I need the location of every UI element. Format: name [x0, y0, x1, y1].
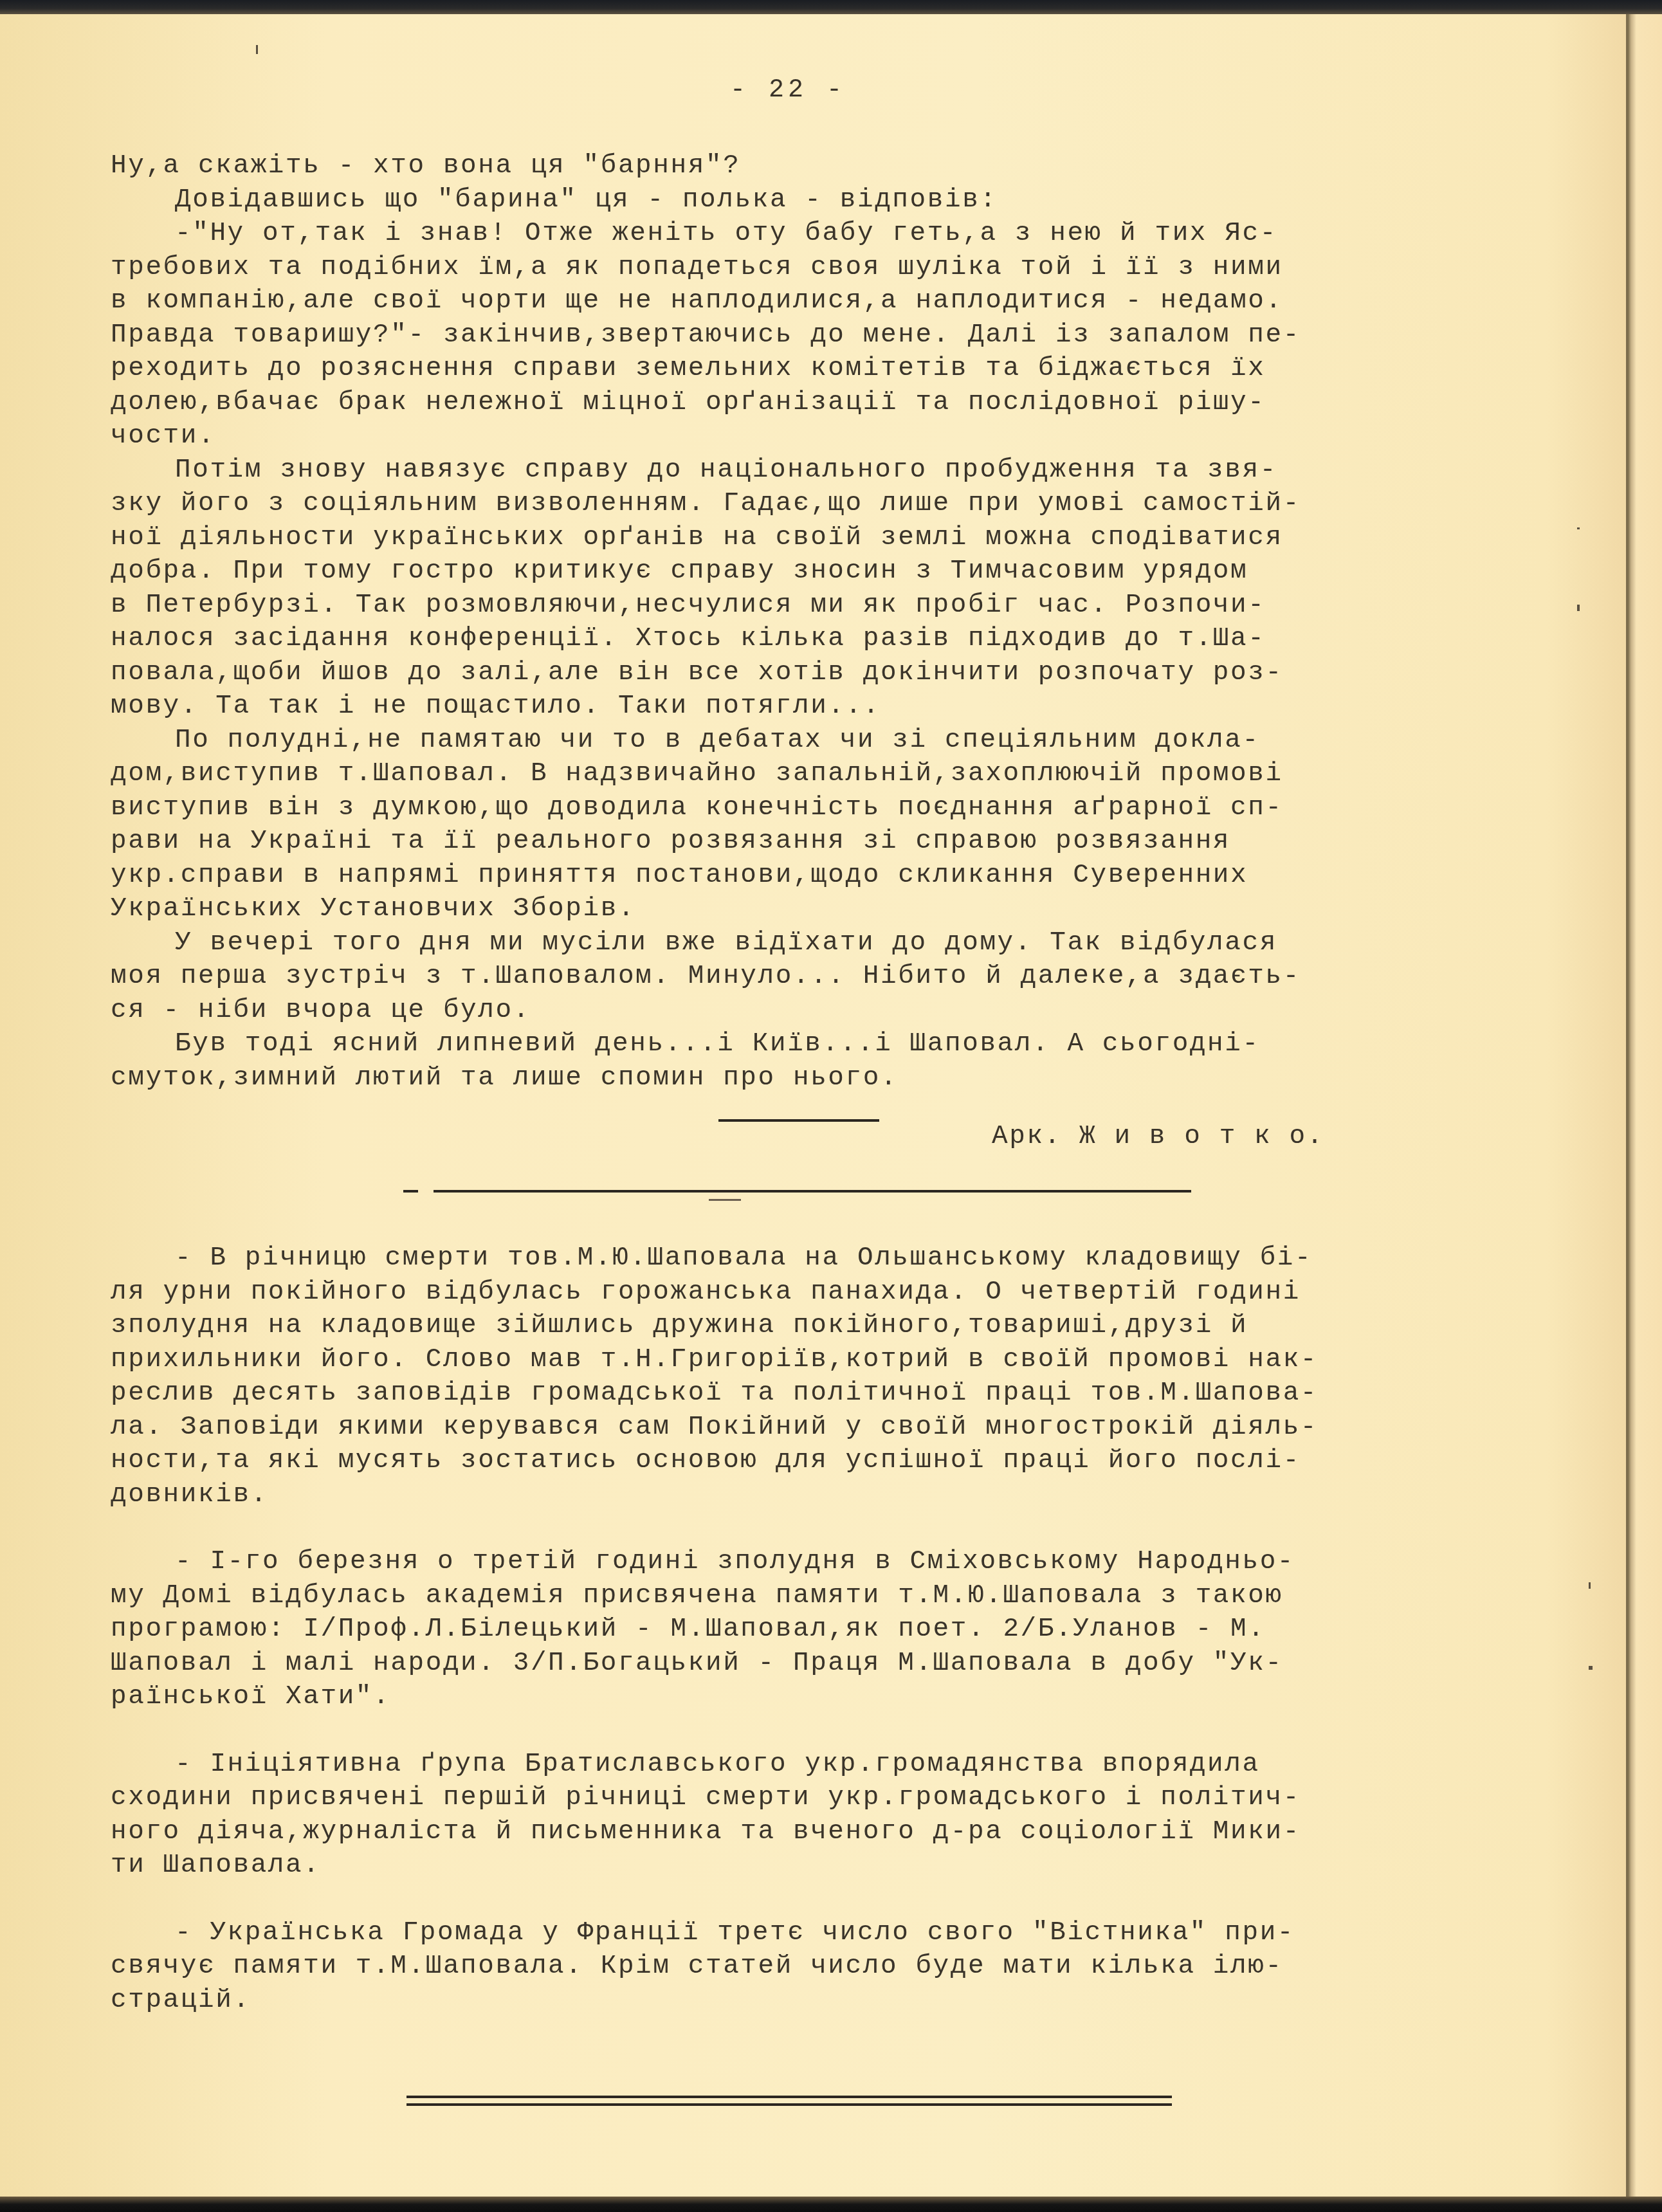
text-line: в компанію,але свої чорти ще не наплодил… — [111, 284, 1474, 318]
text-line: зку його з соціяльним визволенням. Гадає… — [111, 487, 1474, 521]
text-line: страцій. — [111, 1984, 1474, 2018]
text-line: смуток,зимний лютий та лише спомин про н… — [111, 1061, 1474, 1095]
page-content: Ну,а скажіть - хто вона ця "барння"? Дов… — [111, 149, 1474, 2141]
text-line: ла. Заповіди якими керувався сам Покійни… — [111, 1411, 1474, 1445]
text-line: реходить до розяснення справи земельних … — [111, 352, 1474, 386]
paragraph: -"Ну от,так і знав! Отже женіть оту бабу… — [111, 217, 1474, 453]
text-line: повала,щоби йшов до залі,але він все хот… — [111, 656, 1474, 690]
text-line: виступив він з думкою,що доводила конечн… — [111, 791, 1474, 825]
text-line: раїнської Хати". — [111, 1680, 1474, 1714]
text-line: свячує памяти т.М.Шаповала. Крім статей … — [111, 1950, 1474, 1984]
text-line: - В річницю смерти тов.М.Ю.Шаповала на О… — [111, 1241, 1474, 1275]
news-item: - Українська Громада у Франції третє чис… — [111, 1916, 1474, 2018]
scan-border-bottom — [0, 2197, 1662, 2212]
text-line: - Ініціятивна ґрупа Братиславського укр.… — [111, 1748, 1474, 1782]
separator-rule — [718, 1119, 879, 1122]
scan-speck — [256, 45, 258, 54]
text-line: рави на Україні та її реального розвязан… — [111, 825, 1474, 859]
paragraph: У вечері того дня ми мусіли вже відїхати… — [111, 926, 1474, 1028]
news-item: - I-го березня о третій годині зполудня … — [111, 1545, 1474, 1714]
text-line: ної діяльности українських орґанів на св… — [111, 521, 1474, 555]
text-line: добра. При тому гостро критикує справу з… — [111, 554, 1474, 589]
text-line: му Домі відбулась академія присвячена па… — [111, 1579, 1474, 1613]
text-line: укр.справи в напрямі приняття постанови,… — [111, 859, 1474, 893]
signature-block: Арк. Ж и в о т к о. — [111, 1095, 1474, 1165]
text-line: Довідавшись що "барина" ця - полька - ві… — [111, 183, 1474, 217]
text-line: сходини присвячені першій річниці смерти… — [111, 1781, 1474, 1815]
text-line: моя перша зустріч з т.Шаповалом. Минуло.… — [111, 960, 1474, 994]
text-line: долею,вбачає брак нележної міцної орґані… — [111, 386, 1474, 420]
divider-line — [403, 1190, 1191, 1193]
author-signature: Арк. Ж и в о т к о. — [992, 1122, 1324, 1151]
text-line: зполудня на кладовище зійшлись дружина п… — [111, 1309, 1474, 1343]
text-line: требових та подібних їм,а як попадеться … — [111, 251, 1474, 285]
text-line: У вечері того дня ми мусіли вже відїхати… — [111, 926, 1474, 960]
scan-speck — [1577, 527, 1580, 529]
paragraph: Потім знову навязує справу до національн… — [111, 453, 1474, 724]
scan-speck — [1577, 605, 1580, 611]
paragraph: Був тоді ясний липневий день...і Київ...… — [111, 1027, 1474, 1095]
text-line: ности,та які мусять зостатись основою дл… — [111, 1444, 1474, 1478]
text-line: ля урни покійного відбулась горожанська … — [111, 1275, 1474, 1310]
paragraph: По полудні,не памятаю чи то в дебатах чи… — [111, 724, 1474, 926]
text-line: прихильники його. Слово мав т.Н.Григорії… — [111, 1343, 1474, 1377]
divider-tick — [709, 1199, 741, 1201]
text-line: Українських Установчих Зборів. — [111, 892, 1474, 926]
text-line: ся - ніби вчора це було. — [111, 994, 1474, 1028]
end-divider — [111, 2051, 1474, 2141]
text-line: Потім знову навязує справу до національн… — [111, 453, 1474, 488]
paragraph: Ну,а скажіть - хто вона ця "барння"? — [111, 149, 1474, 183]
divider-line — [406, 2096, 1172, 2098]
page-number: - 22 - — [0, 76, 1576, 105]
divider-line — [406, 2103, 1172, 2106]
news-item: - Ініціятивна ґрупа Братиславського укр.… — [111, 1748, 1474, 1883]
scan-speck — [1589, 1666, 1593, 1670]
text-line: - Українська Громада у Франції третє чис… — [111, 1916, 1474, 1950]
text-line: Ну,а скажіть - хто вона ця "барння"? — [111, 149, 1474, 183]
text-line: реслив десять заповідів громадської та п… — [111, 1376, 1474, 1411]
section-divider — [111, 1165, 1474, 1236]
text-line: ного діяча,журналіста й письменника та в… — [111, 1815, 1474, 1849]
text-line: -"Ну от,так і знав! Отже женіть оту бабу… — [111, 217, 1474, 251]
text-line: налося засідання конференції. Хтось кіль… — [111, 622, 1474, 656]
text-line: в Петербурзі. Так розмовляючи,несчулися … — [111, 589, 1474, 623]
paragraph: Довідавшись що "барина" ця - полька - ві… — [111, 183, 1474, 217]
text-line: чости. — [111, 419, 1474, 453]
text-line: Шаповал і малі народи. 3/П.Богацький - П… — [111, 1647, 1474, 1681]
text-line: Був тоді ясний липневий день...і Київ...… — [111, 1027, 1474, 1061]
text-line: довників. — [111, 1478, 1474, 1512]
text-line: - I-го березня о третій годині зполудня … — [111, 1545, 1474, 1579]
text-line: По полудні,не памятаю чи то в дебатах чи… — [111, 724, 1474, 758]
adjacent-page-edge — [1629, 14, 1662, 2197]
divider-gap — [418, 1190, 434, 1193]
text-line: ти Шаповала. — [111, 1849, 1474, 1883]
text-line: дом,виступив т.Шаповал. В надзвичайно за… — [111, 757, 1474, 791]
text-line: мову. Та так і не пощастило. Таки потягл… — [111, 690, 1474, 724]
news-section: - В річницю смерти тов.М.Ю.Шаповала на О… — [111, 1241, 1474, 2017]
text-line: Правда товаришу?"- закінчив,звертаючись … — [111, 318, 1474, 352]
text-line: програмою: I/Проф.Л.Білецький - М.Шапова… — [111, 1613, 1474, 1647]
article-body: Ну,а скажіть - хто вона ця "барння"? Дов… — [111, 149, 1474, 1095]
news-item: - В річницю смерти тов.М.Ю.Шаповала на О… — [111, 1241, 1474, 1512]
scan-speck — [1589, 1582, 1591, 1589]
scan-border-top — [0, 0, 1662, 14]
